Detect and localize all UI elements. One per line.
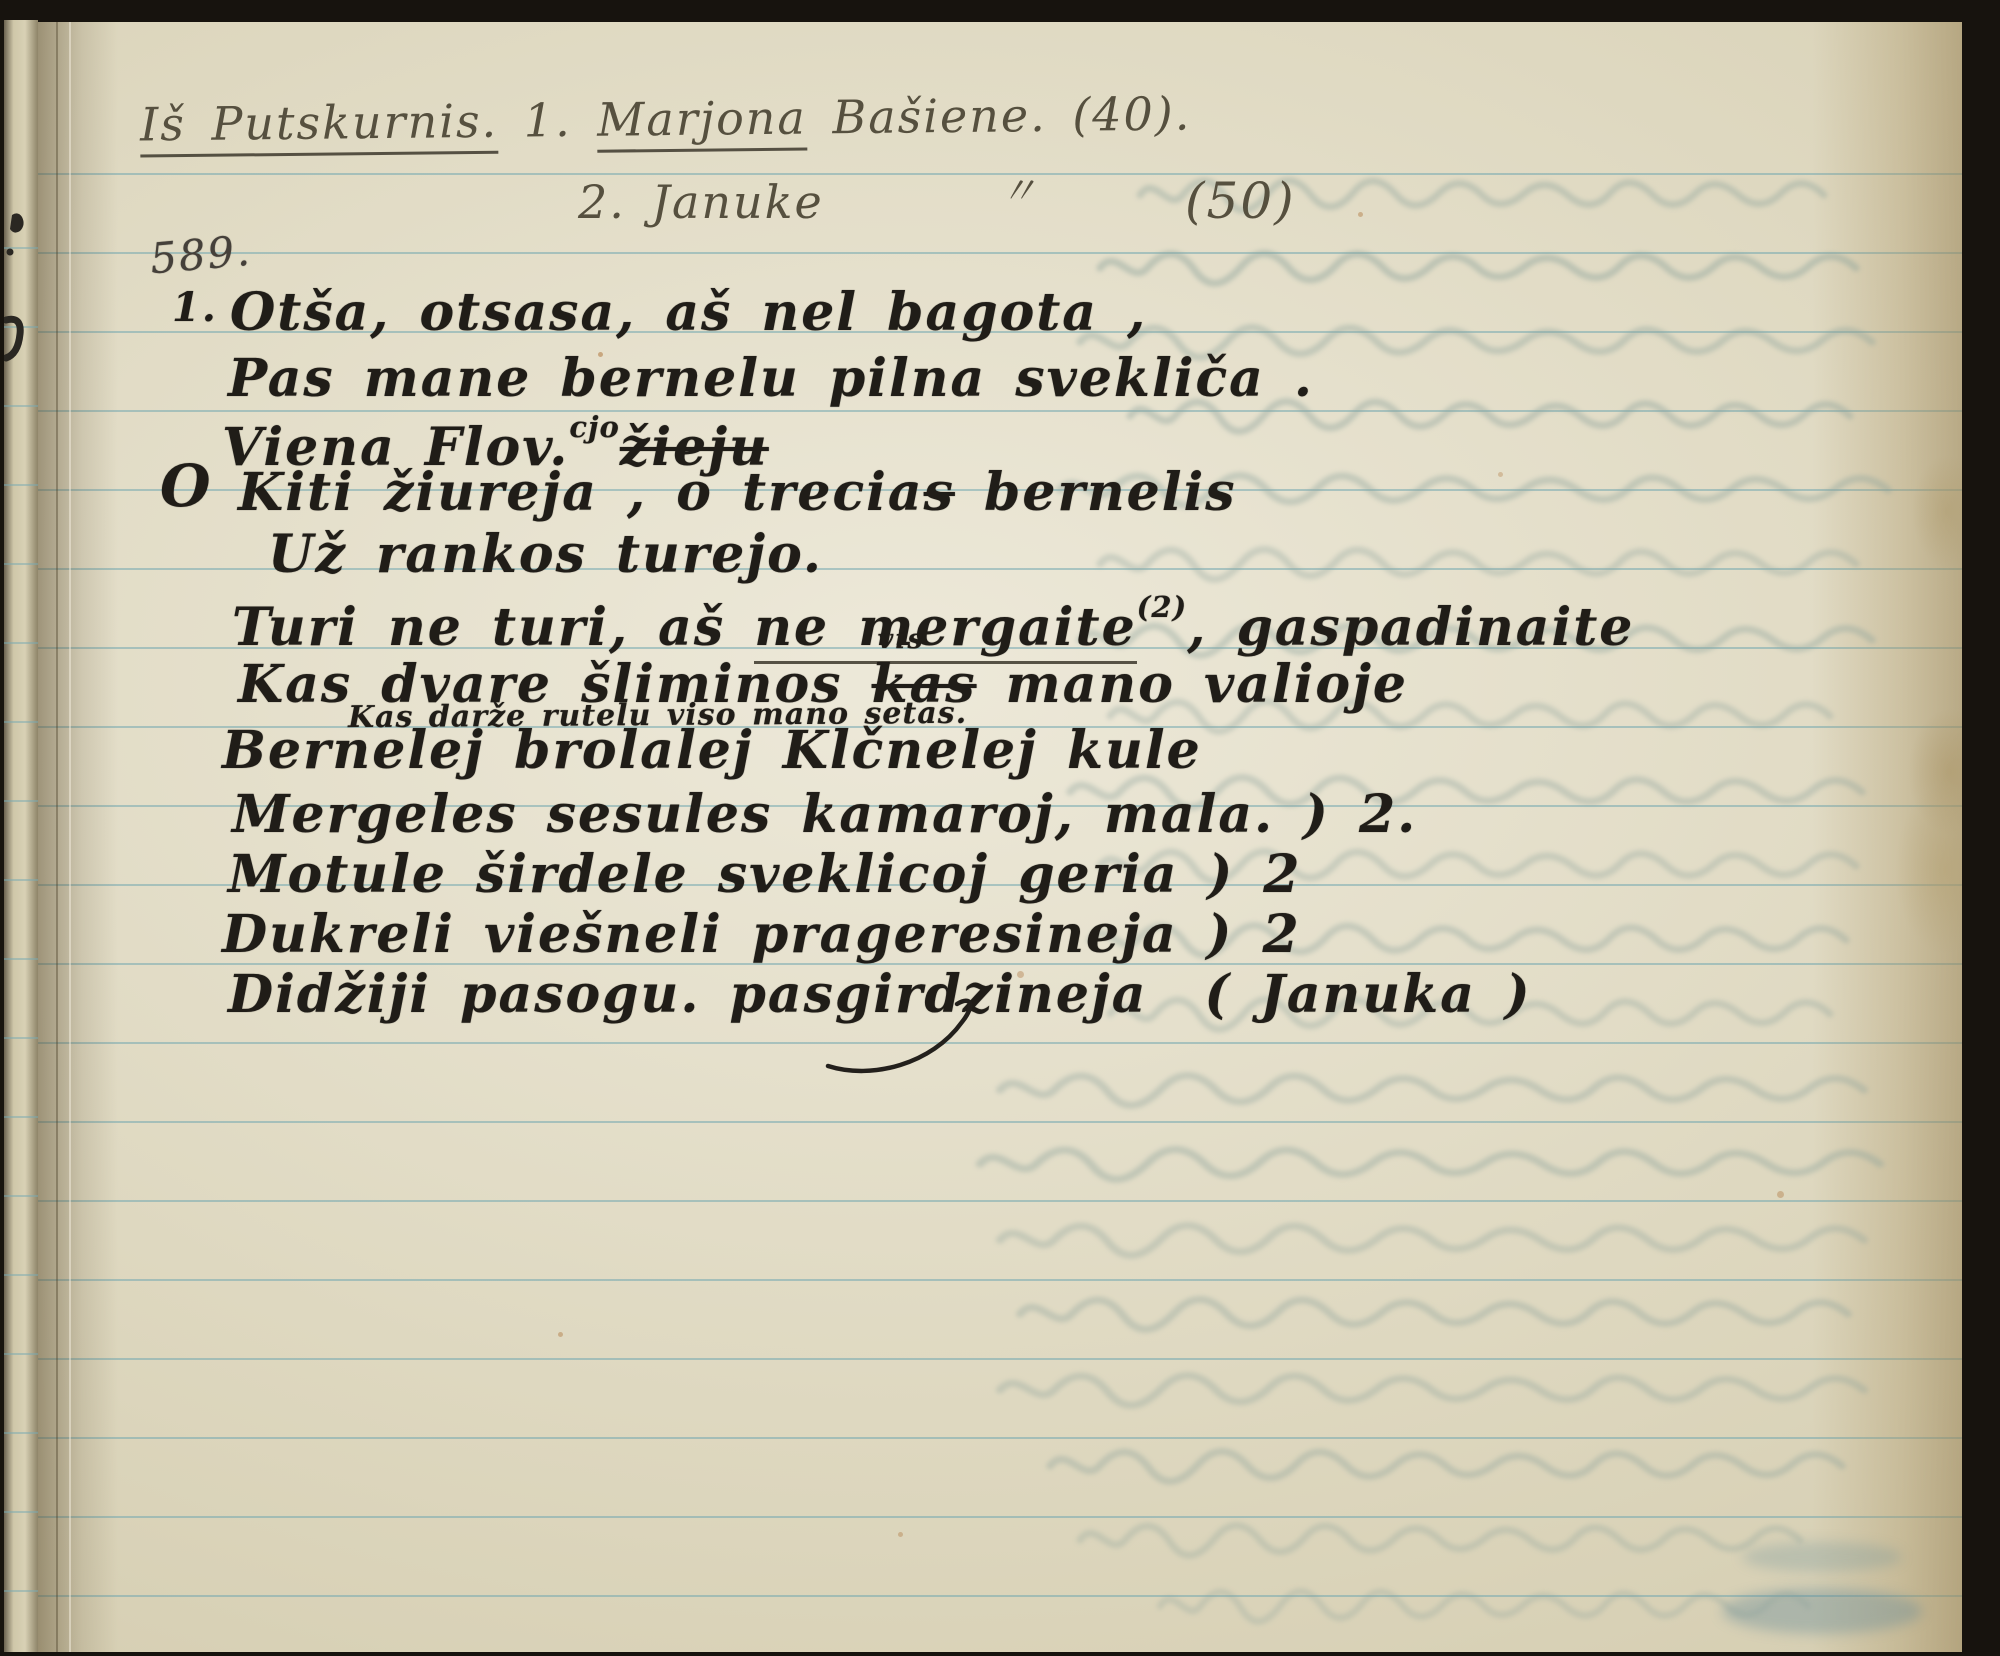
signature-flourish [0, 0, 2000, 1656]
scanned-notebook-page: Iš Putskurnis. 1. Marjona Bašiene. (40).… [0, 0, 2000, 1656]
handwriting-layer: Iš Putskurnis. 1. Marjona Bašiene. (40).… [0, 0, 2000, 1656]
